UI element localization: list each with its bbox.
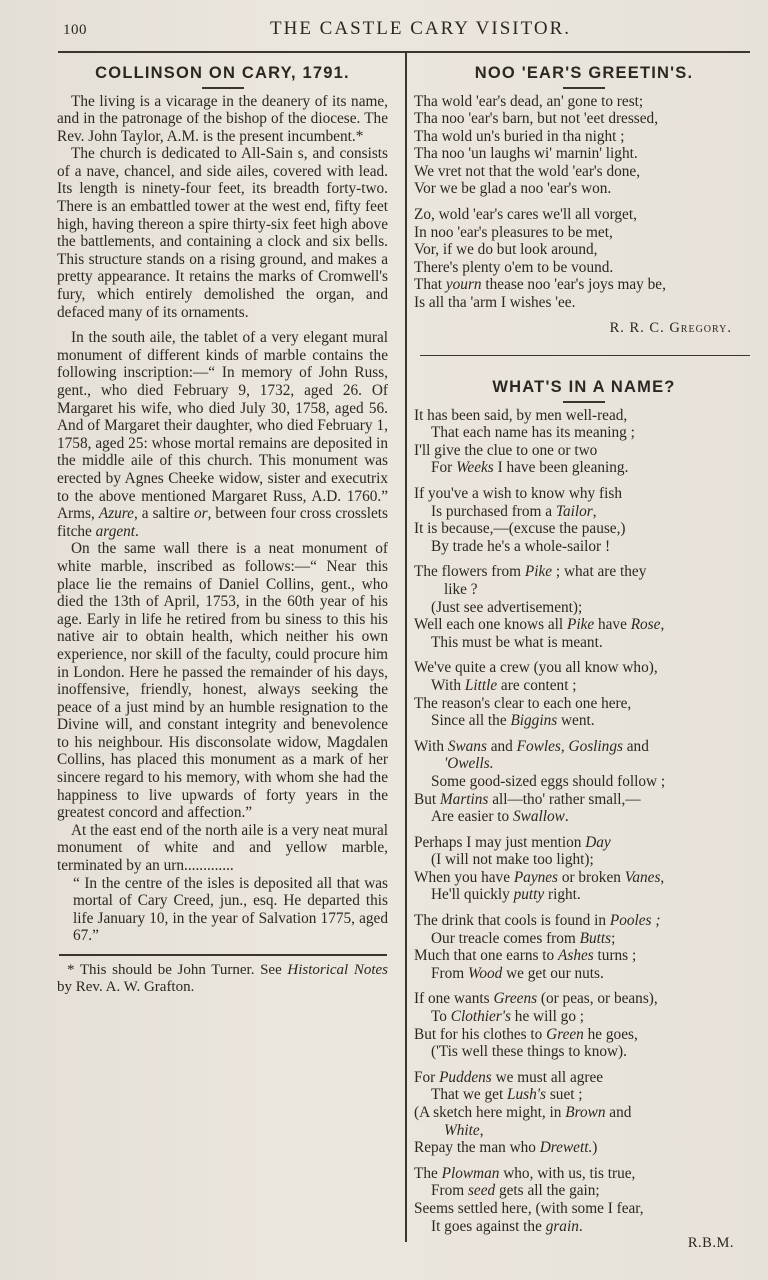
footnote-tail: by Rev. A. W. Grafton.: [57, 979, 194, 995]
article-body: The living is a vicarage in the deanery …: [57, 93, 388, 946]
text: Is purchased from a: [431, 503, 556, 520]
italic-name: Rose: [631, 616, 661, 633]
italic-name: Day: [585, 834, 611, 851]
author-signature: R. R. C. Gregory.: [414, 320, 754, 337]
stanza: With Swans and Fowles, Goslings and 'Owe…: [414, 738, 754, 826]
italic-name: Biggins: [510, 712, 557, 729]
running-head: 100 THE CASTLE CARY VISITOR.: [0, 18, 768, 48]
poem-line: For Weeks I have been gleaning.: [414, 459, 754, 477]
italic-name: Green: [546, 1026, 584, 1043]
text: For: [431, 459, 456, 476]
poem-line: The Plowman who, with us, tis true,: [414, 1165, 754, 1183]
text: all—tho' rather small,—: [488, 791, 640, 808]
text: .: [565, 808, 569, 825]
italic-name: White: [444, 1122, 480, 1139]
text: But for his clothes to: [414, 1026, 546, 1043]
text: From: [431, 965, 468, 982]
paragraph: The church is dedicated to All-Sain s, a…: [57, 145, 388, 321]
header-rule: [58, 51, 750, 53]
footnote-italic: Historical Notes: [287, 962, 388, 978]
paragraph: On the same wall there is a neat monumen…: [57, 540, 388, 822]
poem-line: Since all the Biggins went.: [414, 712, 754, 730]
text: With: [414, 738, 448, 755]
italic-name: seed: [468, 1182, 495, 1199]
paragraph: In the south aile, the tablet of a very …: [57, 329, 388, 540]
poem-line: Our treacle comes from Butts;: [414, 930, 754, 948]
poem-title: WHAT'S IN A NAME?: [414, 376, 754, 398]
poem-noo-ears-greetins: Tha wold 'ear's dead, an' gone to rest; …: [414, 93, 754, 337]
text: right.: [544, 886, 581, 903]
italic-name: Plowman: [442, 1165, 500, 1182]
italic-name: Vanes: [625, 869, 661, 886]
poem-line: Well each one knows all Pike have Rose,: [414, 616, 754, 634]
text: Much that one earns to: [414, 947, 558, 964]
text: ,: [660, 869, 664, 886]
text: It goes against the: [431, 1218, 546, 1235]
poem-line: He'll quickly putty right.: [414, 886, 754, 904]
stanza: It has been said, by men well-read, That…: [414, 407, 754, 477]
text: Since all the: [431, 712, 510, 729]
italic-name: Pooles ;: [610, 912, 661, 929]
poem-line: If you've a wish to know why fish: [414, 485, 754, 503]
stanza: Perhaps I may just mention Day (I will n…: [414, 834, 754, 904]
poem-line: It goes against the grain.: [414, 1218, 754, 1236]
poem-line: 'Owells.: [414, 755, 754, 773]
text: we must all agree: [492, 1069, 603, 1086]
poem-line: I'll give the clue to one or two: [414, 442, 754, 460]
poem-line: In noo 'ear's pleasures to be met,: [414, 224, 754, 242]
text: Our treacle comes from: [431, 930, 580, 947]
poem-line: Vor we be glad a noo 'ear's won.: [414, 180, 754, 198]
poem-whats-in-a-name: It has been said, by men well-read, That…: [414, 407, 754, 1253]
italic-name: Greens: [493, 990, 537, 1007]
text: ,: [561, 738, 569, 755]
italic-name: Clothier's: [451, 1008, 511, 1025]
poem-line: From Wood we get our nuts.: [414, 965, 754, 983]
italic-term: yourn: [446, 276, 482, 293]
stanza: We've quite a crew (you all know who), W…: [414, 659, 754, 729]
text: When you have: [414, 869, 514, 886]
poem-line: Zo, wold 'ear's cares we'll all vorget,: [414, 206, 754, 224]
text: went.: [557, 712, 594, 729]
right-column: NOO 'EAR'S GREETIN'S. Tha wold 'ear's de…: [414, 62, 754, 1252]
paragraph: The living is a vicarage in the deanery …: [57, 93, 388, 146]
poem-line: Repay the man who Drewett.): [414, 1139, 754, 1157]
text: .: [579, 1218, 583, 1235]
italic-name: grain: [546, 1218, 579, 1235]
italic-name: Swallow: [513, 808, 565, 825]
stanza: Zo, wold 'ear's cares we'll all vorget, …: [414, 206, 754, 312]
poem-line: There's plenty o'em to be vound.: [414, 259, 754, 277]
poem-line: Is all tha 'arm I wishes 'ee.: [414, 294, 754, 312]
italic-name: Goslings: [569, 738, 623, 755]
text: he goes,: [584, 1026, 638, 1043]
text: The: [414, 1165, 442, 1182]
text: To: [431, 1008, 451, 1025]
italic-name: Little: [465, 677, 497, 694]
stanza: The flowers from Pike ; what are they li…: [414, 563, 754, 651]
footnote: * This should be John Turner. See Histor…: [57, 962, 388, 997]
left-column: COLLINSON ON CARY, 1791. The living is a…: [57, 62, 388, 997]
text: he will go ;: [511, 1008, 584, 1025]
text: I have been gleaning.: [494, 459, 629, 476]
poem-line: The reason's clear to each one here,: [414, 695, 754, 713]
column-divider: [405, 52, 407, 1242]
paragraph-text: In the south aile, the tablet of a very …: [57, 329, 388, 522]
italic-name: Swans: [448, 738, 487, 755]
text: With: [431, 677, 465, 694]
poem-line: Tha wold 'ear's dead, an' gone to rest;: [414, 93, 754, 111]
poem-line: Some good-sized eggs should follow ;: [414, 773, 754, 791]
italic-name: putty: [514, 886, 545, 903]
poem-line: That yourn thease noo 'ear's joys may be…: [414, 276, 754, 294]
footnote-text: * This should be John Turner. See: [67, 962, 287, 978]
poem-line: The flowers from Pike ; what are they: [414, 563, 754, 581]
text: He'll quickly: [431, 886, 514, 903]
poem-line: The drink that cools is found in Pooles …: [414, 912, 754, 930]
stanza: If you've a wish to know why fish Is pur…: [414, 485, 754, 555]
text: who, with us, tis true,: [499, 1165, 635, 1182]
poem-line: Vor, if we do but look around,: [414, 241, 754, 259]
page-number: 100: [63, 22, 87, 39]
text: Are easier to: [431, 808, 513, 825]
poem-line: By trade he's a whole-sailor !: [414, 538, 754, 556]
text: (or peas, or beans),: [537, 990, 658, 1007]
journal-title: THE CASTLE CARY VISITOR.: [270, 18, 571, 40]
text: , a saltire: [134, 505, 194, 522]
text: Repay the man who: [414, 1139, 540, 1156]
text: turns ;: [594, 947, 637, 964]
stanza: For Puddens we must all agree That we ge…: [414, 1069, 754, 1157]
poem-line: It has been said, by men well-read,: [414, 407, 754, 425]
italic-name: Ashes: [558, 947, 594, 964]
poem-line: Is purchased from a Tailor,: [414, 503, 754, 521]
poem-line: We've quite a crew (you all know who),: [414, 659, 754, 677]
text: or broken: [558, 869, 625, 886]
poem-line: (I will not make too light);: [414, 851, 754, 869]
poem-title: NOO 'EAR'S GREETIN'S.: [414, 62, 754, 84]
text: ,: [660, 616, 664, 633]
poem-line: Are easier to Swallow.: [414, 808, 754, 826]
poem-line: For Puddens we must all agree: [414, 1069, 754, 1087]
poem-line: But for his clothes to Green he goes,: [414, 1026, 754, 1044]
text: and: [487, 738, 517, 755]
italic-name: Lush's: [507, 1086, 546, 1103]
italic-name: Pike: [525, 563, 552, 580]
poem-line: When you have Paynes or broken Vanes,: [414, 869, 754, 887]
italic-term: or: [194, 505, 208, 522]
italic-name: Wood: [468, 965, 502, 982]
italic-name: Brown: [565, 1104, 605, 1121]
page: 100 THE CASTLE CARY VISITOR. COLLINSON O…: [0, 0, 768, 1280]
poem-line: With Swans and Fowles, Goslings and: [414, 738, 754, 756]
text: thease noo 'ear's joys may be,: [482, 276, 666, 293]
poem-line: Tha noo 'ear's barn, but not 'eet dresse…: [414, 110, 754, 128]
signature-name: Gregory.: [669, 320, 732, 336]
text: From: [431, 1182, 468, 1199]
poem-line: If one wants Greens (or peas, or beans),: [414, 990, 754, 1008]
text: That we get: [431, 1086, 507, 1103]
author-signature: R.B.M.: [414, 1235, 754, 1252]
poem-line: ('Tis well these things to know).: [414, 1043, 754, 1061]
poem-line: That we get Lush's suet ;: [414, 1086, 754, 1104]
stanza: The drink that cools is found in Pooles …: [414, 912, 754, 982]
poem-line: This must be what is meant.: [414, 634, 754, 652]
poem-line: like ?: [414, 581, 754, 599]
text: That: [414, 276, 446, 293]
text: For: [414, 1069, 439, 1086]
section-rule: [420, 355, 750, 357]
poem-line: But Martins all—tho' rather small,—: [414, 791, 754, 809]
poem-line: From seed gets all the gain;: [414, 1182, 754, 1200]
italic-name: Fowles: [517, 738, 561, 755]
text: ; what are they: [552, 563, 646, 580]
italic-name: Drewett.: [540, 1139, 593, 1156]
italic-name: Butts: [580, 930, 611, 947]
stanza: The Plowman who, with us, tis true, From…: [414, 1165, 754, 1235]
poem-line: (Just see advertisement);: [414, 599, 754, 617]
stanza: Tha wold 'ear's dead, an' gone to rest; …: [414, 93, 754, 199]
italic-name: Weeks: [456, 459, 494, 476]
text: and: [605, 1104, 631, 1121]
text: The flowers from: [414, 563, 525, 580]
poem-line: Much that one earns to Ashes turns ;: [414, 947, 754, 965]
text: ;: [611, 930, 615, 947]
text: Well each one knows all: [414, 616, 567, 633]
text: (A sketch here might, in: [414, 1104, 565, 1121]
poem-line: That each name has its meaning ;: [414, 424, 754, 442]
poem-line: (A sketch here might, in Brown and: [414, 1104, 754, 1122]
italic-term: Azure: [99, 505, 134, 522]
signature-initials: R. R. C.: [610, 320, 670, 336]
text: The drink that cools is found in: [414, 912, 610, 929]
text: suet ;: [546, 1086, 583, 1103]
italic-name: Pike: [567, 616, 594, 633]
paragraph: At the east end of the north aile is a v…: [57, 822, 388, 875]
poem-line: Seems settled here, (with some I fear,: [414, 1200, 754, 1218]
title-underline: [563, 87, 605, 89]
text: gets all the gain;: [495, 1182, 600, 1199]
italic-name: Paynes: [514, 869, 558, 886]
poem-line: To Clothier's he will go ;: [414, 1008, 754, 1026]
footnote-rule: [59, 954, 387, 956]
italic-name: Puddens: [439, 1069, 492, 1086]
text: have: [594, 616, 631, 633]
poem-line: White,: [414, 1122, 754, 1140]
text: If one wants: [414, 990, 493, 1007]
poem-line: We vret not that the wold 'ear's done,: [414, 163, 754, 181]
text: are content ;: [497, 677, 576, 694]
text: .: [135, 523, 139, 540]
text: and: [623, 738, 649, 755]
quoted-inscription: “ In the centre of the isles is deposite…: [57, 875, 388, 945]
poem-line: Tha noo 'un laughs wi' marnin' light.: [414, 145, 754, 163]
italic-name: 'Owells.: [444, 755, 494, 772]
text: Perhaps I may just mention: [414, 834, 585, 851]
text: we get our nuts.: [502, 965, 604, 982]
text: ,: [593, 503, 597, 520]
poem-line: Perhaps I may just mention Day: [414, 834, 754, 852]
article-title: COLLINSON ON CARY, 1791.: [57, 62, 388, 84]
italic-name: Martins: [440, 791, 488, 808]
text: ,: [480, 1122, 484, 1139]
italic-term: argent: [96, 523, 135, 540]
stanza: If one wants Greens (or peas, or beans),…: [414, 990, 754, 1060]
poem-line: With Little are content ;: [414, 677, 754, 695]
title-underline: [563, 401, 605, 403]
italic-name: Tailor: [556, 503, 593, 520]
title-underline: [202, 87, 244, 89]
text: ): [592, 1139, 597, 1156]
poem-line: It is because,—(excuse the pause,): [414, 520, 754, 538]
text: But: [414, 791, 440, 808]
poem-line: Tha wold un's buried in tha night ;: [414, 128, 754, 146]
